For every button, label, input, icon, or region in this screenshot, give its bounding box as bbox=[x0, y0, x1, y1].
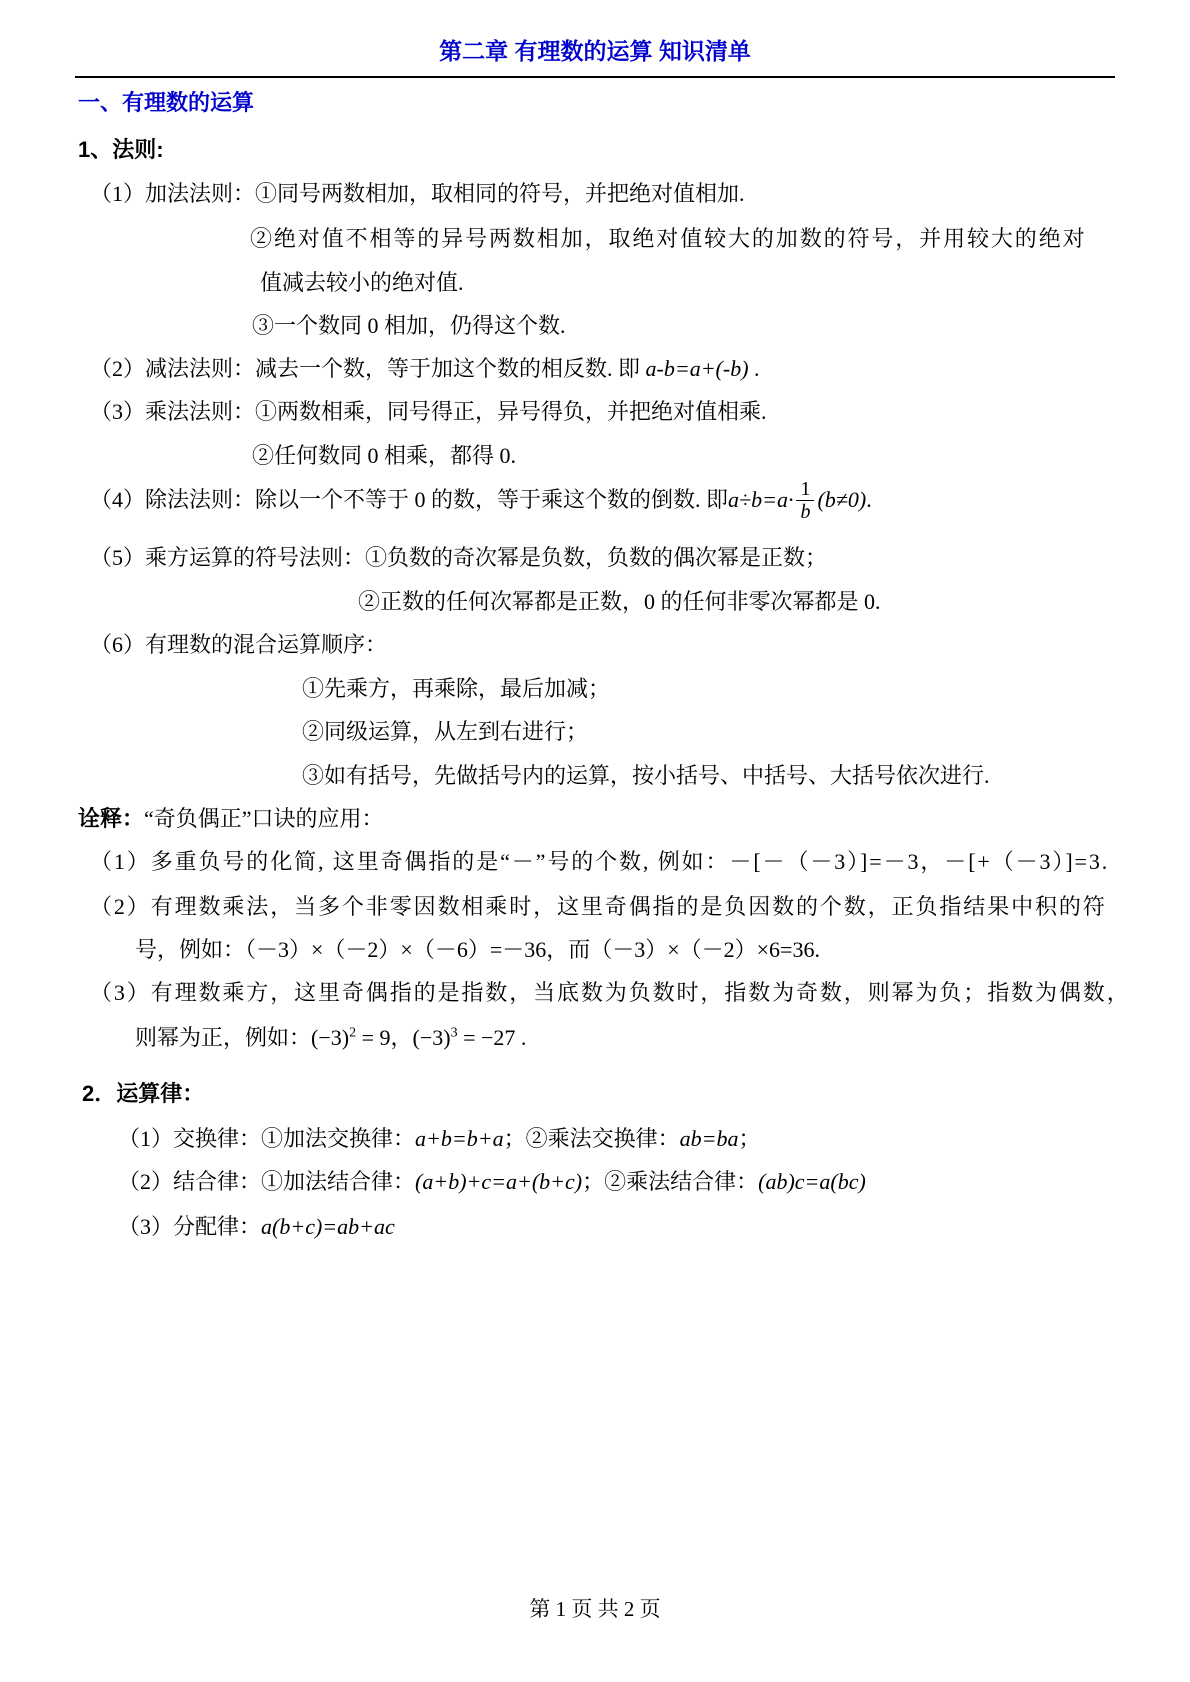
law-text: ； bbox=[582, 1169, 604, 1194]
rule-text: ②同级运算，从左到右进行； bbox=[302, 719, 588, 744]
document-page: 第二章 有理数的运算 知识清单 一、有理数的运算 1、法则: （1）加法法则：①… bbox=[0, 0, 1190, 1682]
formula: a-b=a+(-b) bbox=[646, 356, 749, 381]
rules-heading: 1、法则: bbox=[78, 137, 164, 163]
notes-heading-line: 诠释：“奇负偶正”口诀的应用： bbox=[78, 806, 384, 832]
rule-text: ③一个数同 0 相加，仍得这个数. bbox=[252, 313, 566, 338]
rule-text: ①同号两数相加，取相同的符号，并把绝对值相加. bbox=[255, 181, 745, 206]
title-divider bbox=[75, 76, 1115, 78]
rule-text: ②绝对值不相等的异号两数相加，取绝对值较大的加数的符号，并用较大的绝对 bbox=[250, 226, 1087, 251]
formula: (−3) bbox=[413, 1025, 451, 1050]
formula-separator: ， bbox=[391, 1025, 413, 1050]
formula: = −27 bbox=[458, 1025, 516, 1050]
formula: (−3) bbox=[311, 1025, 349, 1050]
rule-line-power-2: ②正数的任何次幂都是正数，0 的任何非零次幂都是 0. bbox=[358, 589, 881, 615]
rule-text: ②任何数同 0 相乘，都得 0. bbox=[252, 443, 516, 468]
law-line-distributive: （3）分配律：a(b+c)=ab+ac bbox=[118, 1214, 395, 1240]
formula: . bbox=[515, 1025, 526, 1050]
rule-line-addition-2-cont: 值减去较小的绝对值. bbox=[260, 270, 464, 296]
notes-intro: “奇负偶正”口诀的应用： bbox=[144, 806, 384, 831]
fraction-numerator: 1 bbox=[796, 478, 814, 500]
formula: a(b+c)=ab+ac bbox=[261, 1214, 395, 1239]
formula: (ab)c=a(bc) bbox=[758, 1169, 866, 1194]
law-label: （3）分配律： bbox=[118, 1214, 261, 1239]
formula: a+b=b+a bbox=[415, 1126, 504, 1151]
law-label: （2）结合律： bbox=[118, 1169, 261, 1194]
note-line-3-cont: 则幂为正，例如：(−3)2 = 9，(−3)3 = −27 . bbox=[135, 1025, 526, 1051]
formula: ab=ba bbox=[680, 1126, 739, 1151]
rule-label: （1）加法法则： bbox=[90, 181, 255, 206]
rule-text: . bbox=[749, 356, 760, 381]
note-line-3: （3）有理数乘方，这里奇偶指的是指数，当底数为负数时，指数为奇数，则幂为负；指数… bbox=[90, 980, 1131, 1006]
rule-line-mixed-1: ①先乘方，再乘除，最后加减； bbox=[302, 676, 610, 702]
rule-line-multiplication-2: ②任何数同 0 相乘，都得 0. bbox=[252, 443, 516, 469]
formula: = 9 bbox=[356, 1025, 390, 1050]
page-title: 第二章 有理数的运算 知识清单 bbox=[0, 33, 1190, 66]
rule-label: （6）有理数的混合运算顺序： bbox=[90, 632, 387, 657]
law-text: ①加法交换律： bbox=[261, 1126, 415, 1151]
rule-label: （3）乘法法则： bbox=[90, 399, 255, 424]
rule-line-subtraction: （2）减法法则：减去一个数，等于加这个数的相反数. 即 a-b=a+(-b) . bbox=[90, 356, 760, 382]
law-label: （1）交换律： bbox=[118, 1126, 261, 1151]
law-line-associative: （2）结合律：①加法结合律：(a+b)+c=a+(b+c)；②乘法结合律：(ab… bbox=[118, 1169, 866, 1195]
rule-line-division: （4）除法法则：除以一个不等于 0 的数，等于乘这个数的倒数. 即 a÷b=a·… bbox=[90, 468, 872, 532]
formula-exponent: 3 bbox=[451, 1026, 458, 1041]
rule-line-power: （5）乘方运算的符号法则：①负数的奇次幂是负数，负数的偶次幂是正数； bbox=[90, 545, 827, 571]
rule-line-mixed-order: （6）有理数的混合运算顺序： bbox=[90, 632, 387, 658]
rule-text: ①两数相乘，同号得正，异号得负，并把绝对值相乘. bbox=[255, 399, 767, 424]
rule-text: 除以一个不等于 0 的数，等于乘这个数的倒数. 即 bbox=[255, 487, 728, 513]
law-text: ②乘法结合律： bbox=[604, 1169, 758, 1194]
law-line-commutative: （1）交换律：①加法交换律：a+b=b+a；②乘法交换律：ab=ba； bbox=[118, 1126, 760, 1152]
notes-label: 诠释： bbox=[78, 806, 144, 831]
note-line-2-cont: 号，例如：（－3）×（－2）×（－6）=－36，而（－3）×（－2）×6=36. bbox=[135, 937, 820, 963]
page-footer: 第 1 页 共 2 页 bbox=[0, 1593, 1190, 1623]
formula: (b≠0) bbox=[817, 487, 866, 513]
rule-label: （4）除法法则： bbox=[90, 487, 255, 513]
rule-line-addition-2: ②绝对值不相等的异号两数相加，取绝对值较大的加数的符号，并用较大的绝对 bbox=[250, 226, 1087, 252]
note-text: 则幂为正，例如： bbox=[135, 1025, 311, 1050]
law-text: ①加法结合律： bbox=[261, 1169, 415, 1194]
rule-line-addition: （1）加法法则：①同号两数相加，取相同的符号，并把绝对值相加. bbox=[90, 181, 745, 207]
section-heading: 一、有理数的运算 bbox=[78, 90, 254, 116]
rule-text: 值减去较小的绝对值. bbox=[260, 270, 464, 295]
rule-text: ①先乘方，再乘除，最后加减； bbox=[302, 676, 610, 701]
rule-text: . bbox=[866, 487, 872, 513]
rule-label: （2）减法法则： bbox=[90, 356, 255, 381]
rule-line-addition-3: ③一个数同 0 相加，仍得这个数. bbox=[252, 313, 566, 339]
law-text: ； bbox=[738, 1126, 760, 1151]
formula: a÷b=a· bbox=[728, 487, 793, 513]
rule-text: ③如有括号，先做括号内的运算，按小括号、中括号、大括号依次进行. bbox=[302, 763, 990, 788]
rule-text: ①负数的奇次幂是负数，负数的偶次幂是正数； bbox=[365, 545, 827, 570]
fraction: 1b bbox=[796, 478, 814, 523]
note-text: 号，例如：（－3）×（－2）×（－6）=－36，而（－3）×（－2）×6=36. bbox=[135, 937, 820, 962]
rule-label: （5）乘方运算的符号法则： bbox=[90, 545, 365, 570]
law-text: ②乘法交换律： bbox=[526, 1126, 680, 1151]
note-text: （2）有理数乘法，当多个非零因数相乘时，这里奇偶指的是负因数的个数，正负指结果中… bbox=[90, 894, 1107, 919]
note-text: （3）有理数乘方，这里奇偶指的是指数，当底数为负数时，指数为奇数，则幂为负；指数… bbox=[90, 980, 1131, 1005]
law-text: ； bbox=[504, 1126, 526, 1151]
note-line-1: （1）多重负号的化简, 这里奇偶指的是“－”号的个数, 例如：－[－（－3）]=… bbox=[90, 849, 1109, 875]
formula: (a+b)+c=a+(b+c) bbox=[415, 1169, 582, 1194]
rule-line-multiplication: （3）乘法法则：①两数相乘，同号得正，异号得负，并把绝对值相乘. bbox=[90, 399, 767, 425]
rule-text: ②正数的任何次幂都是正数，0 的任何非零次幂都是 0. bbox=[358, 589, 881, 614]
note-text: （1）多重负号的化简, 这里奇偶指的是“－”号的个数, 例如：－[－（－3）]=… bbox=[90, 849, 1109, 874]
laws-heading: 2．运算律： bbox=[82, 1081, 204, 1107]
note-line-2: （2）有理数乘法，当多个非零因数相乘时，这里奇偶指的是负因数的个数，正负指结果中… bbox=[90, 894, 1107, 920]
rule-line-mixed-2: ②同级运算，从左到右进行； bbox=[302, 719, 588, 745]
rule-text: 减去一个数，等于加这个数的相反数. 即 bbox=[255, 356, 646, 381]
fraction-denominator: b bbox=[796, 500, 814, 523]
rule-line-mixed-3: ③如有括号，先做括号内的运算，按小括号、中括号、大括号依次进行. bbox=[302, 763, 990, 789]
